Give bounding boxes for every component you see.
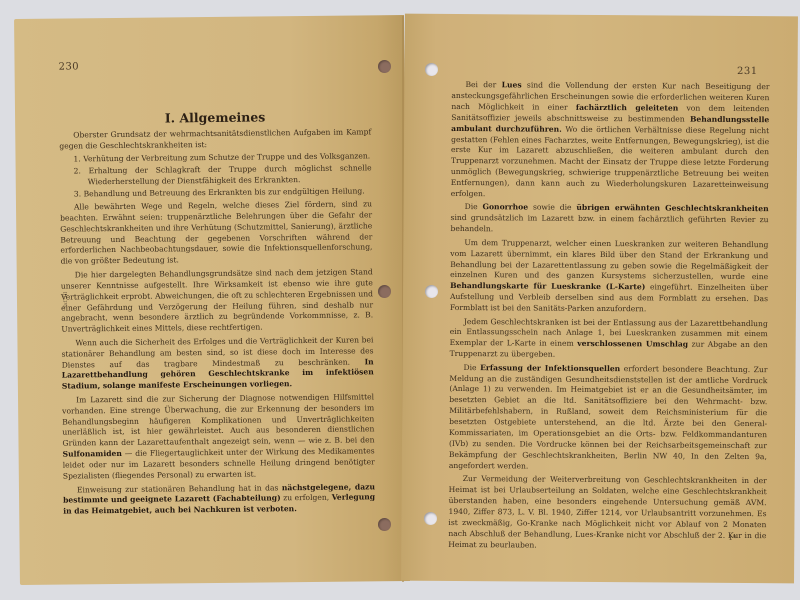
list-item: 3. Behandlung und Betreuung des Erkrankt… [60,186,372,200]
punch-hole [378,60,391,73]
goals-list: 1. Verhütung der Verbreitung zum Schutze… [59,152,371,201]
left-text-column: I. Allgemeines Oberster Grundsatz der we… [59,111,375,520]
page-number-right: 231 [737,66,758,77]
paragraph: Wenn auch die Sicherheit des Erfolges un… [61,335,374,393]
punch-hole [425,285,438,298]
emphasis-text: Erfassung der Infektionsquellen [480,363,620,373]
punch-hole [378,518,391,531]
paragraph-text: erfordert besondere Beachtung. Zur Meldu… [449,364,768,471]
paragraph-text: Um dem Truppenarzt, welcher einen Lueskr… [450,238,768,282]
paragraph-text: Wo die örtlichen Verhältnisse diese Rege… [451,124,769,198]
page-number-left: 230 [58,61,79,72]
emphasis-text: verschlossenen Umschlag [577,339,688,349]
punch-hole [424,512,437,525]
right-text-column: Bei der Lues sind die Vollendung der ers… [448,80,769,555]
paragraph: Im Lazarett sind die zur Sicherung der D… [62,392,375,483]
paragraph-text: Einweisung zur stationären Behandlung ha… [77,483,282,494]
paragraph: Um dem Truppenarzt, welcher einen Lueskr… [450,238,769,317]
punch-hole [378,285,391,298]
paragraph: Bei der Lues sind die Vollendung der ers… [451,80,770,202]
paragraph-text: sind grundsätzlich im Lazarett bzw. in e… [450,213,768,233]
emphasis-text: fachärztlich geleiteten [576,103,678,113]
punch-hole [425,63,438,76]
paragraph: Zur Vermeidung der Weiterverbreitung von… [448,474,767,553]
right-page: 231 Bei der Lues sind die Vollendung der… [401,14,798,584]
paragraph: Einweisung zur stationären Behandlung ha… [63,482,375,518]
paragraph-text: Im Lazarett sind die zur Sicherung der D… [62,392,374,448]
paragraph-text: Die [463,363,480,372]
emphasis-text: übrigen erwähnten Geschlechtskrankheiten [576,203,768,213]
emphasis-text: Sulfonamiden [63,449,122,459]
paragraph-text: sowie die [528,203,576,212]
list-item: 2. Erhaltung der Schlagkraft der Truppe … [60,163,372,188]
paragraph-text: Bei der [465,80,501,89]
signature-mark: 1* [728,534,736,542]
paragraph-text: Die [465,203,483,212]
paragraph-text: zu erfolgen, [281,493,332,503]
paragraph: Die hier dargelegten Behandlungsgrundsät… [61,267,374,336]
paragraph-text: Wenn auch die Sicherheit des Erfolges un… [62,335,374,369]
paragraph: Jedem Geschlechtskranken ist bei der Ent… [450,316,768,362]
paragraph: Die Erfassung der Infektionsquellen erfo… [449,363,768,474]
emphasis-text: Lues [502,80,522,89]
left-page: 230 Taf. III I. Allgemeines Oberster Gru… [14,15,410,585]
section-heading: I. Allgemeines [59,111,371,125]
emphasis-text: Gonorrhoe [482,203,528,212]
paragraph: Die Gonorrhoe sowie die übrigen erwähnte… [450,202,768,237]
emphasis-text: Behandlungskarte für Lueskranke (L-Karte… [450,281,645,291]
intro-paragraph: Oberster Grundsatz der wehrmachtsanitäts… [59,127,371,152]
paragraph: Alle bewährten Wege und Regeln, welche d… [60,199,373,268]
